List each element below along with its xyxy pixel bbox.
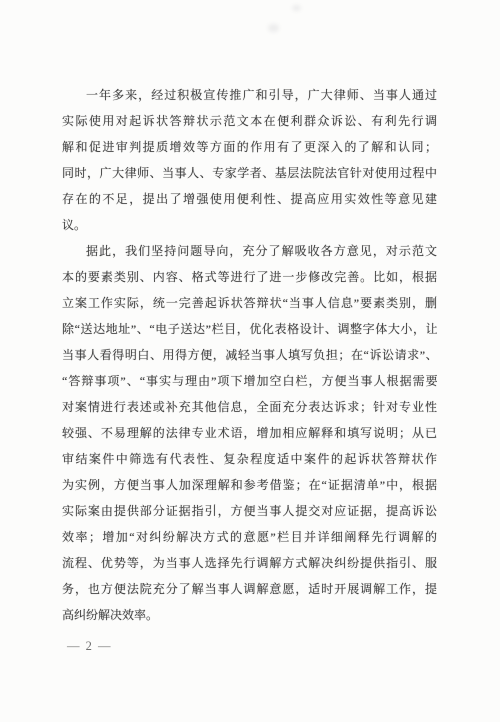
text-line: 立案工作实际，统一完善起诉状答辩状“当事人信息”要素类别，删 xyxy=(62,290,437,316)
text-line: 实际使用对起诉状答辩状示范文本在便利群众诉讼、有利先行调 xyxy=(62,108,437,134)
page-number: — 2 — xyxy=(67,636,112,656)
text-line: 审结案件中筛选有代表性、复杂程度适中案件的起诉状答辩状作 xyxy=(62,446,437,472)
text-line: 存在的不足，提出了增强使用便利性、提高应用实效性等意见建 xyxy=(62,186,437,212)
text-line: 高纠纷解决效率。 xyxy=(62,602,437,628)
text-line: 务，也方便法院充分了解当事人调解意愿，适时开展调解工作，提 xyxy=(62,576,437,602)
text-line: 同时，广大律师、当事人、专家学者、基层法院法官针对使用过程中 xyxy=(62,160,437,186)
text-line: 解和促进审判提质增效等方面的作用有了更深入的了解和认同； xyxy=(62,134,437,160)
text-line: 除“送达地址”、“电子送达”栏目，优化表格设计、调整字体大小，让 xyxy=(62,316,437,342)
document-body: 一年多来，经过积极宣传推广和引导，广大律师、当事人通过 实际使用对起诉状答辩状示… xyxy=(62,82,437,628)
scan-artifact xyxy=(268,24,279,32)
text-line: 实际案由提供部分证据指引，方便当事人提交对应证据，提高诉讼 xyxy=(62,498,437,524)
document-page: 一年多来，经过积极宣传推广和引导，广大律师、当事人通过 实际使用对起诉状答辩状示… xyxy=(0,0,500,722)
text-line: 对案情进行表述或补充其他信息，全面充分表达诉求；针对专业性 xyxy=(62,394,437,420)
scan-artifact xyxy=(292,5,301,11)
text-line: 流程、优势等，为当事人选择先行调解方式解决纠纷提供指引、服 xyxy=(62,550,437,576)
text-line: 一年多来，经过积极宣传推广和引导，广大律师、当事人通过 xyxy=(62,82,437,108)
text-line: 较强、不易理解的法律专业术语，增加相应解释和填写说明；从已 xyxy=(62,420,437,446)
text-line: 为实例，方便当事人加深理解和参考借鉴；在“证据清单”中，根据 xyxy=(62,472,437,498)
text-line: “答辩事项”、“事实与理由”项下增加空白栏，方便当事人根据需要 xyxy=(62,368,437,394)
text-line: 据此，我们坚持问题导向，充分了解吸收各方意见，对示范文 xyxy=(62,238,437,264)
text-line: 效率；增加“对纠纷解决方式的意愿”栏目并详细阐释先行调解的 xyxy=(62,524,437,550)
text-line: 本的要素类别、内容、格式等进行了进一步修改完善。比如，根据 xyxy=(62,264,437,290)
text-line: 议。 xyxy=(62,212,437,238)
text-line: 当事人看得明白、用得方便，减轻当事人填写负担；在“诉讼请求”、 xyxy=(62,342,437,368)
